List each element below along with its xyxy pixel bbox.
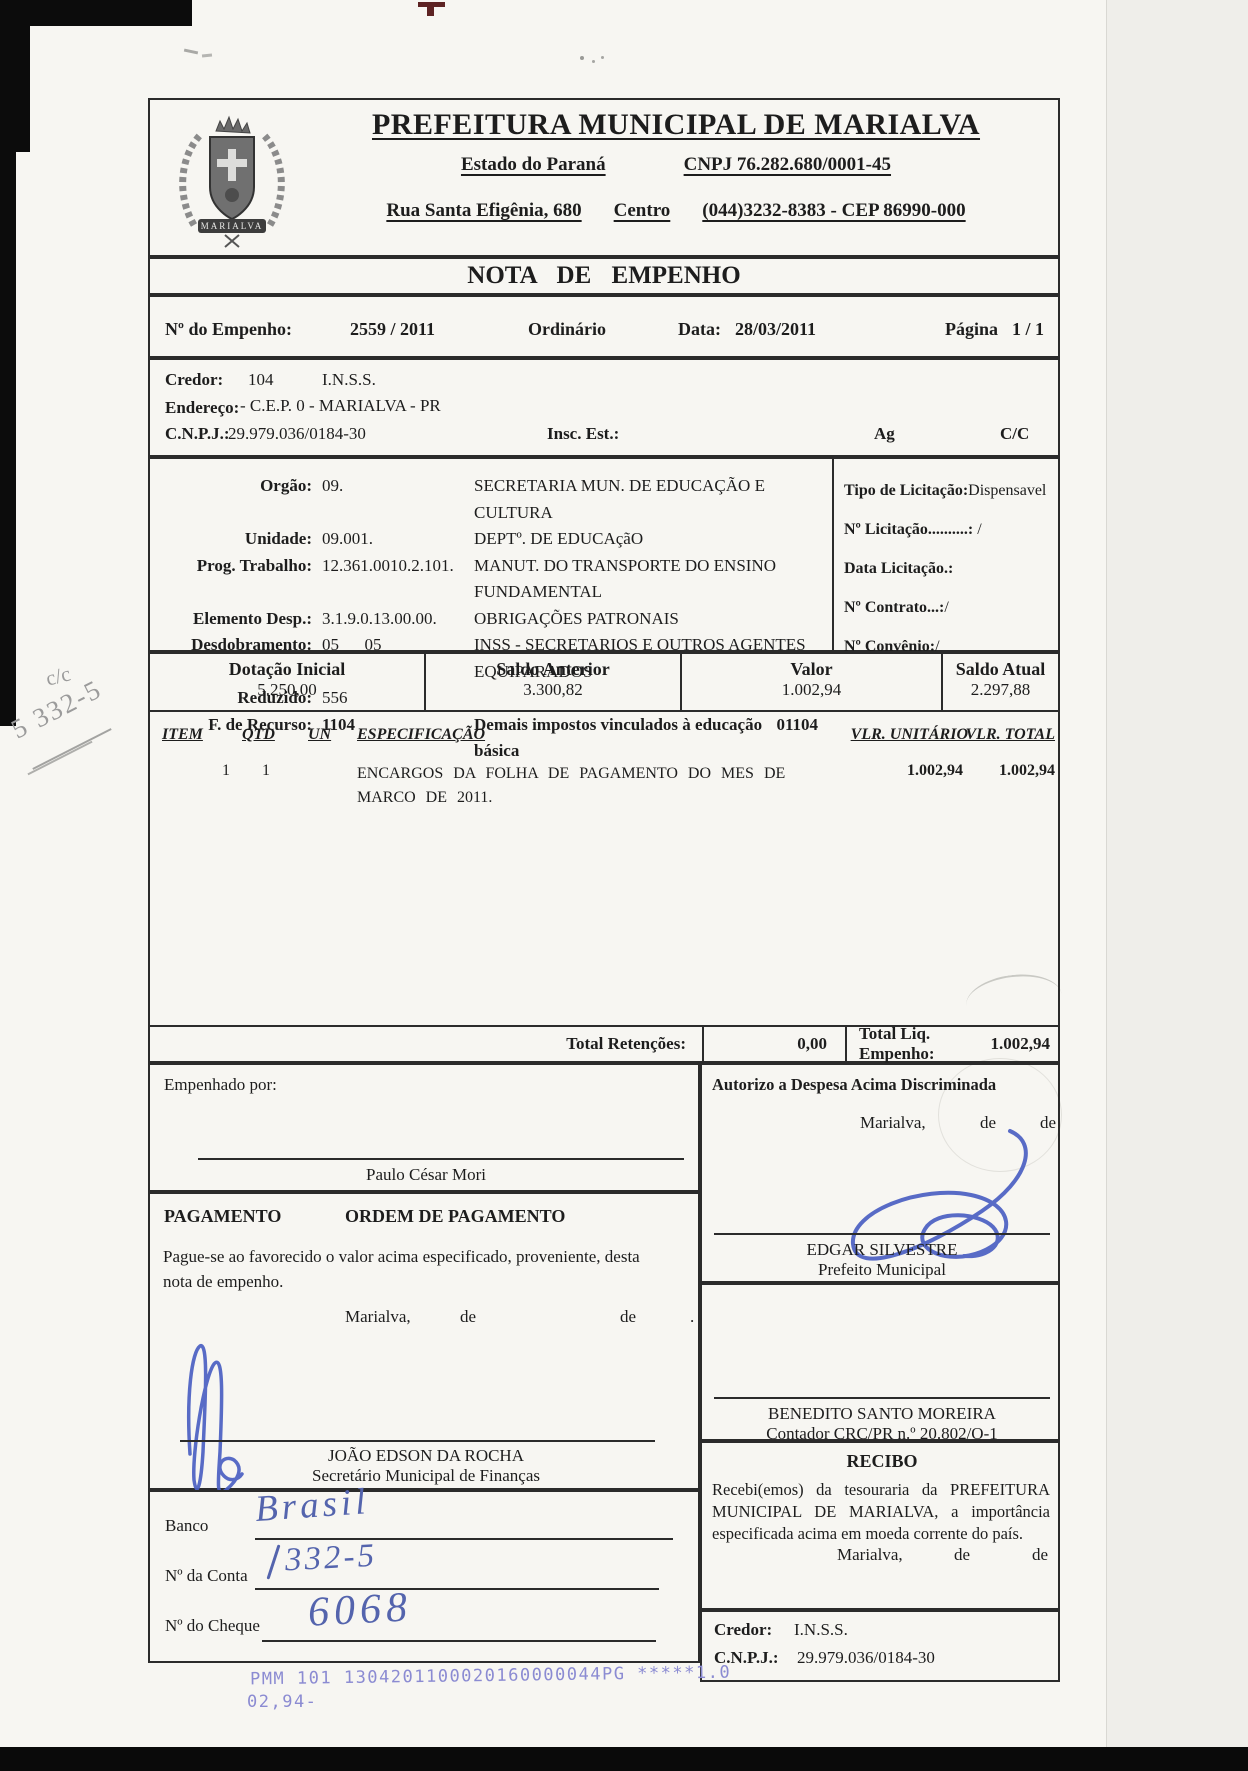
scanned-document-page: c/c 5 332-5 MARIALVA PREFEITURA MUNICIPA… <box>0 0 1248 1771</box>
dot-matrix-print-line1: PMM 101 1304201100020160000044PG *****1.… <box>250 1663 731 1690</box>
page-number-value: 1 / 1 <box>1012 319 1044 340</box>
address-value: - C.E.P. 0 - MARIALVA - PR <box>240 396 441 416</box>
doc-title-bar: NOTA DE EMPENHO <box>148 257 1060 295</box>
total-liquid-label: Total Liq. Empenho: <box>847 1024 991 1064</box>
creditor-footer-cnpj-value: 29.979.036/0184-30 <box>797 1648 935 1668</box>
budget-row-label: Elemento Desp.: <box>150 606 312 633</box>
receipt-de1: de <box>954 1545 970 1565</box>
budget-row: Unidade: 09.001. DEPTº. DE EDUCAçãO <box>150 526 832 553</box>
cheque-line <box>262 1640 656 1642</box>
finance-secretary-name: JOÃO EDSON DA ROCHA <box>150 1446 702 1466</box>
budget-row-desc: MANUT. DO TRANSPORTE DO ENSINO FUNDAMENT… <box>470 553 832 606</box>
payment-body-text: Pague-se ao favorecido o valor acima esp… <box>163 1244 668 1294</box>
receipt-de2: de <box>1032 1545 1048 1565</box>
header-address: Rua Santa Efigênia, 680Centro(044)3232-8… <box>386 200 965 221</box>
item-qty: 1 <box>262 762 270 780</box>
summary-col-value: 5.250,00 <box>150 680 424 700</box>
budget-row-code: 12.361.0010.2.101. <box>312 553 470 580</box>
summary-col-label: Saldo Anterior <box>426 659 680 680</box>
header-subtitle: Estado do ParanáCNPJ 76.282.680/0001-45 <box>461 154 891 175</box>
committed-by-label: Empenhado por: <box>164 1075 277 1095</box>
cheque-handwritten-value: 6068 <box>307 1583 413 1636</box>
total-liquid-value: 1.002,94 <box>991 1034 1059 1054</box>
budget-row-label: Prog. Trabalho: <box>150 553 312 580</box>
creditor-cnpj-value: 29.979.036/0184-30 <box>228 424 366 444</box>
scan-red-mark-stem <box>427 2 434 16</box>
mayor-role: Prefeito Municipal <box>702 1260 1062 1280</box>
item-total-value: 1.002,94 <box>999 762 1055 780</box>
summary-col-label: Saldo Atual <box>943 659 1058 680</box>
page-title: PREFEITURA MUNICIPAL DE MARIALVA <box>300 108 1052 142</box>
item-number: 1 <box>222 762 230 780</box>
creditor-name: I.N.S.S. <box>322 370 376 390</box>
doc-title: NOTA DE EMPENHO <box>150 259 1058 293</box>
budget-row-label: Orgão: <box>150 473 312 500</box>
signature-line <box>198 1158 684 1160</box>
empenho-row: Nº do Empenho: 2559 / 2011 Ordinário Dat… <box>148 295 1060 358</box>
item-unit-value: 1.002,94 <box>907 762 963 780</box>
budget-row-code: 09.001. <box>312 526 470 553</box>
empenho-date-label: Data: <box>678 319 721 340</box>
receipt-box: RECIBO Recebi(emos) da tesouraria da PRE… <box>700 1441 1060 1610</box>
committed-by-box: Empenhado por: Paulo César Mori <box>148 1063 700 1192</box>
licitacao-row: Data Licitação.: <box>844 549 1058 588</box>
scan-black-left-wide <box>0 0 30 152</box>
account-label: C/C <box>1000 424 1029 444</box>
svg-text:MARIALVA: MARIALVA <box>201 221 264 231</box>
bank-handwritten-value: Brasil <box>254 1480 371 1531</box>
licitacao-label: Nº Contrato...: <box>844 599 944 616</box>
licitacao-cell: Tipo de Licitação:Dispensavel Nº Licitaç… <box>832 459 1058 650</box>
licitacao-value: / <box>977 521 981 538</box>
payment-title: PAGAMENTO <box>164 1206 281 1227</box>
empenho-number-label: Nº do Empenho: <box>165 319 292 340</box>
address-phone-cep: (044)3232-8383 - CEP 86990-000 <box>702 200 965 221</box>
creditor-box: Credor: 104 I.N.S.S. Endereço: - C.E.P. … <box>148 358 1060 457</box>
address-district: Centro <box>614 200 703 221</box>
total-retentions-value: 0,00 <box>702 1027 847 1061</box>
municipal-crest-logo: MARIALVA <box>172 106 292 250</box>
items-header-unitario: VLR. UNITÁRIO <box>851 726 968 744</box>
mayor-name: EDGAR SILVESTRE <box>702 1240 1062 1260</box>
authorization-title: Autorizo a Despesa Acima Discriminada <box>712 1075 996 1095</box>
summary-col-value: 1.002,94 <box>682 680 941 700</box>
items-header-un: UN <box>308 726 331 744</box>
budget-row: Orgão: 09. SECRETARIA MUN. DE EDUCAÇÃO E… <box>150 473 832 526</box>
scan-smudge <box>184 49 198 55</box>
licitacao-row: Nº Licitação..........:/ <box>844 510 1058 549</box>
items-header-item: ITEM <box>162 726 203 744</box>
summary-col-value: 2.297,88 <box>943 680 1058 700</box>
committed-by-signer: Paulo César Mori <box>150 1165 702 1185</box>
licitacao-label: Data Licitação.: <box>844 560 953 577</box>
total-liquid-cell: Total Liq. Empenho: 1.002,94 <box>847 1024 1058 1064</box>
creditor-footer-name: I.N.S.S. <box>794 1620 848 1640</box>
budget-row-code: 09. <box>312 473 470 500</box>
empenho-type: Ordinário <box>528 319 606 340</box>
licitacao-row: Nº Contrato...:/ <box>844 588 1058 627</box>
finance-secretary-role: Secretário Municipal de Finanças <box>150 1466 702 1486</box>
summary-col-label: Valor <box>682 659 941 680</box>
items-header-total: VLR. TOTAL <box>966 726 1056 744</box>
creditor-label: Credor: <box>165 370 223 390</box>
payment-de2: de <box>620 1307 636 1327</box>
licitacao-row: Tipo de Licitação:Dispensavel <box>844 471 1058 510</box>
cheque-number-label: Nº do Cheque <box>165 1616 260 1636</box>
dot-matrix-print-line2: 02,94- <box>247 1692 317 1712</box>
summary-col-valor: Valor 1.002,94 <box>680 654 941 710</box>
budget-box: Orgão: 09. SECRETARIA MUN. DE EDUCAÇÃO E… <box>148 457 1060 652</box>
account-handwritten-value: 332-5 <box>284 1538 378 1580</box>
accountant-box: BENEDITO SANTO MOREIRA Contador CRC/PR n… <box>700 1283 1060 1441</box>
state-registration-label: Insc. Est.: <box>547 424 619 444</box>
budget-row-code: 3.1.9.0.13.00.00. <box>312 606 470 633</box>
scan-edge-right <box>1106 0 1248 1771</box>
mayor-signature-line <box>714 1233 1050 1235</box>
summary-col-label: Dotação Inicial <box>150 659 424 680</box>
budget-row-label: Unidade: <box>150 526 312 553</box>
summary-col-value: 3.300,82 <box>426 680 680 700</box>
receipt-body-text: Recebi(emos) da tesouraria da PREFEITURA… <box>712 1479 1050 1545</box>
receipt-city: Marialva, <box>837 1545 903 1565</box>
payment-period: . <box>690 1307 694 1327</box>
finance-secretary-signature-line <box>180 1440 655 1442</box>
licitacao-value: Dispensavel <box>968 482 1046 499</box>
budget-row-desc: SECRETARIA MUN. DE EDUCAÇÃO E CULTURA <box>470 473 832 526</box>
cnpj-label: CNPJ 76.282.680/0001-45 <box>684 154 891 175</box>
licitacao-value: / <box>944 599 948 616</box>
state-label: Estado do Paraná <box>461 154 684 175</box>
header-box: MARIALVA PREFEITURA MUNICIPAL DE MARIALV… <box>148 98 1060 257</box>
licitacao-label: Nº Licitação..........: <box>844 521 973 538</box>
total-retentions-label: Total Retenções: <box>150 1034 702 1054</box>
payment-order-box: PAGAMENTO ORDEM DE PAGAMENTO Pague-se ao… <box>148 1192 700 1490</box>
budget-row-desc: OBRIGAÇÕES PATRONAIS <box>470 606 679 633</box>
creditor-cnpj-label: C.N.P.J.: <box>165 424 230 444</box>
scan-black-bottom-bar <box>0 1747 1248 1771</box>
creditor-code: 104 <box>248 370 274 390</box>
payment-de1: de <box>460 1307 476 1327</box>
creditor-footer-box: Credor: I.N.S.S. C.N.P.J.: 29.979.036/01… <box>700 1610 1060 1682</box>
item-description: ENCARGOS DA FOLHA DE PAGAMENTO DO MES DE… <box>357 762 837 810</box>
items-header-qtd: QTD <box>242 726 275 744</box>
page-number-label: Página <box>945 319 998 340</box>
summary-col-saldo-anterior: Saldo Anterior 3.300,82 <box>424 654 680 710</box>
scan-dots <box>580 56 584 60</box>
authorization-box: Autorizo a Despesa Acima Discriminada Ma… <box>700 1063 1060 1283</box>
bank-label: Banco <box>165 1516 208 1536</box>
summary-col-dotacao: Dotação Inicial 5.250,00 <box>150 654 424 710</box>
budget-row: Prog. Trabalho: 12.361.0010.2.101. MANUT… <box>150 553 832 606</box>
account-number-label: Nº da Conta <box>165 1566 248 1586</box>
items-area: ITEM QTD UN ESPECIFICAÇÃO VLR. UNITÁRIO … <box>148 712 1060 1025</box>
margin-note-flourish-2 <box>27 741 92 775</box>
account-handwritten-tick <box>267 1544 281 1579</box>
payment-city: Marialva, <box>345 1307 411 1327</box>
totals-row: Total Retenções: 0,00 Total Liq. Empenho… <box>148 1025 1060 1063</box>
payment-order-title: ORDEM DE PAGAMENTO <box>345 1206 565 1227</box>
budget-row-desc: DEPTº. DE EDUCAçãO <box>470 526 643 553</box>
address-label: Endereço: <box>165 398 239 418</box>
accountant-signature-line <box>714 1397 1050 1399</box>
accountant-name: BENEDITO SANTO MOREIRA <box>702 1404 1062 1424</box>
budget-left-cell: Orgão: 09. SECRETARIA MUN. DE EDUCAÇÃO E… <box>150 459 832 650</box>
scan-smudge-2 <box>202 53 212 57</box>
summary-col-saldo-atual: Saldo Atual 2.297,88 <box>941 654 1058 710</box>
creditor-footer-label: Credor: <box>714 1620 772 1640</box>
empenho-number-value: 2559 / 2011 <box>350 319 435 340</box>
empenho-date-value: 28/03/2011 <box>735 319 816 340</box>
scan-dots-3 <box>601 56 604 59</box>
bank-box: Banco Brasil Nº da Conta 332-5 Nº do Che… <box>148 1490 700 1663</box>
summary-table: Dotação Inicial 5.250,00 Saldo Anterior … <box>148 652 1060 712</box>
address-street: Rua Santa Efigênia, 680 <box>386 200 613 221</box>
receipt-title: RECIBO <box>702 1451 1062 1472</box>
budget-row: Elemento Desp.: 3.1.9.0.13.00.00. OBRIGA… <box>150 606 832 633</box>
scan-dots-2 <box>592 60 595 63</box>
licitacao-label: Tipo de Licitação: <box>844 482 968 499</box>
agency-label: Ag <box>874 424 895 444</box>
items-header-espec: ESPECIFICAÇÃO <box>357 726 485 744</box>
